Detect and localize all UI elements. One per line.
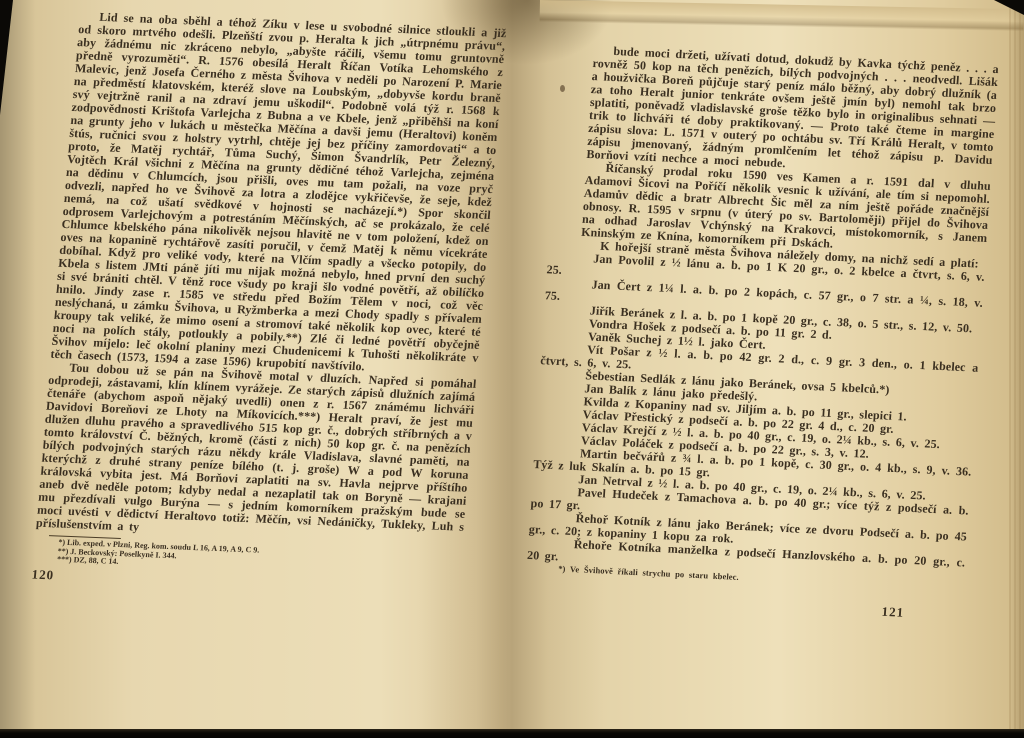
right-page-text: bude moci držeti, užívati dotud, dokudž … [556,44,999,622]
left-page-text: Lid se na oba sběhl a téhož Zíku v lese … [31,10,507,597]
book-scan-photo: Lid se na oba sběhl a téhož Zíku v lese … [0,0,1024,738]
spine-speck [560,85,565,92]
right-page-number: 121 [881,605,962,622]
photo-edge-bottom [0,729,1024,738]
left-paragraph-1: Lid se na oba sběhl a téhož Zíku v lese … [50,10,507,378]
page-stack-edge [1009,8,1024,729]
left-paragraph-2: Tou dobou už se pán na Švihově motal v d… [36,361,477,547]
right-paragraph-1: bude moci držeti, užívati dotud, dokudž … [586,44,999,180]
